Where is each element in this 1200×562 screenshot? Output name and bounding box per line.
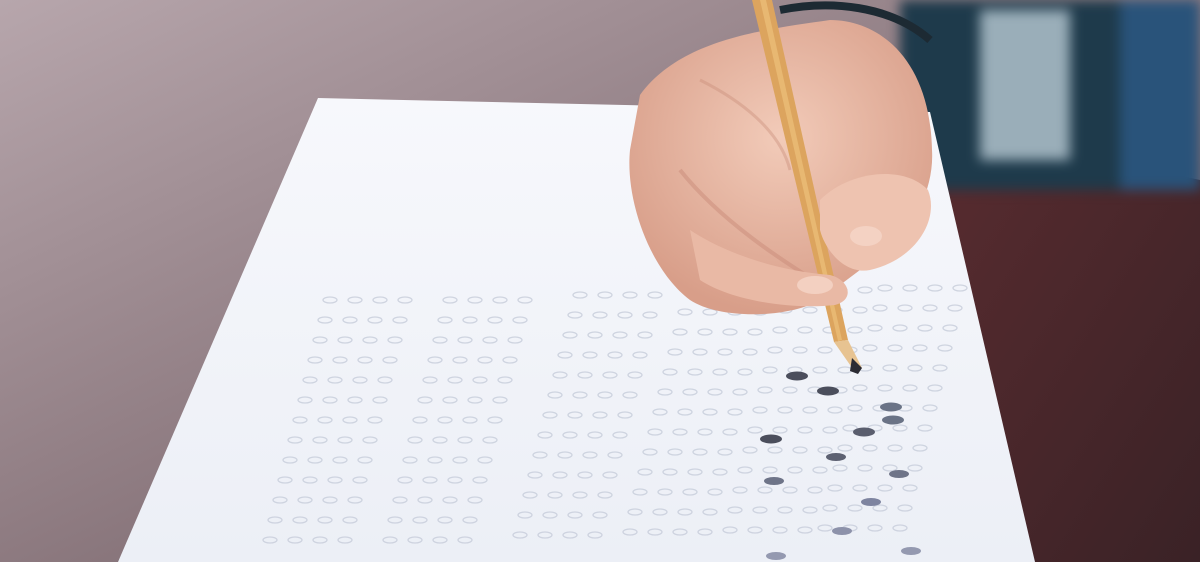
photo-scene <box>0 0 1200 562</box>
hand-with-pencil <box>0 0 1200 562</box>
